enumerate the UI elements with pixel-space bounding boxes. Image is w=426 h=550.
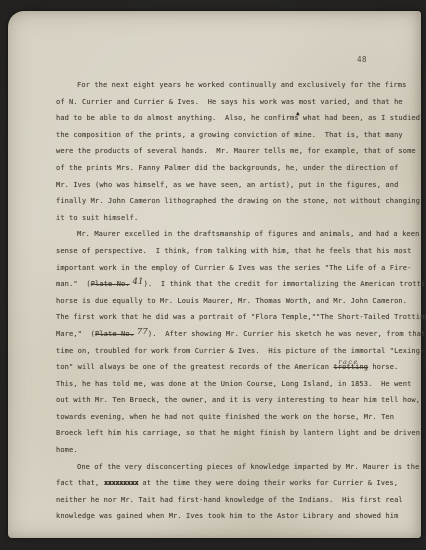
typed-line: had to be able to do almost anything. Al… bbox=[56, 110, 420, 127]
typed-segment: Mare," ( bbox=[56, 330, 95, 338]
typed-segment: horse. bbox=[368, 363, 398, 371]
typed-line: of N. Currier and Currier & Ives. He say… bbox=[56, 94, 420, 111]
typed-line: it to suit himself. bbox=[56, 210, 420, 227]
typed-line: horse is due equally to Mr. Louis Maurer… bbox=[56, 293, 420, 310]
typed-segment: sense of perspective. I think, from talk… bbox=[56, 247, 411, 255]
typed-line: knowledge was gained when Mr. Ives took … bbox=[56, 508, 420, 525]
typed-line: Mr. Ives (who was himself, as we have se… bbox=[56, 177, 420, 194]
typed-line: towards evening, when he had not quite f… bbox=[56, 409, 420, 426]
typed-line: were the products of several hands. Mr. … bbox=[56, 143, 420, 160]
typed-segment: Mr. Maurer excelled in the draftsmanship… bbox=[77, 230, 419, 238]
typed-segment-xover: xxxxxxxxx bbox=[104, 479, 138, 487]
typed-segment: of the prints Mrs. Fanny Palmer did the … bbox=[56, 164, 398, 172]
typed-line: For the next eight years he worked conti… bbox=[56, 77, 420, 94]
typed-line: important work in the employ of Currier … bbox=[56, 260, 420, 277]
typed-line: man." (Plate No. 41). I think that the c… bbox=[56, 276, 420, 293]
typed-segment: had to be able to do almost anything. Al… bbox=[56, 114, 420, 122]
typed-segment: important work in the employ of Currier … bbox=[56, 264, 411, 272]
typed-segment: time on, troubled for work from Currier … bbox=[56, 347, 424, 355]
typed-segment-strike: Plate No. bbox=[91, 280, 130, 288]
typed-segment: finally Mr. John Cameron lithographed th… bbox=[56, 197, 420, 205]
typed-segment: at the time they were doing their works … bbox=[138, 479, 398, 487]
typed-line: sense of perspective. I think, from talk… bbox=[56, 243, 420, 260]
typed-line: One of the very disconcerting pieces of … bbox=[56, 459, 420, 476]
typed-line: home. bbox=[56, 442, 420, 459]
typed-segment-strike: trottingrace bbox=[333, 363, 368, 371]
typed-segment-hand: 77 bbox=[134, 327, 148, 337]
typed-line: Mare," (Plate No. 77). After showing Mr.… bbox=[56, 326, 420, 343]
typed-line: finally Mr. John Cameron lithographed th… bbox=[56, 193, 420, 210]
typed-line: ton" will always be one of the greatest … bbox=[56, 359, 420, 376]
typed-line: fact that, xxxxxxxxx at the time they we… bbox=[56, 475, 420, 492]
typed-segment: towards evening, when he had not quite f… bbox=[56, 413, 394, 421]
typed-segment: For the next eight years he worked conti… bbox=[77, 81, 406, 89]
typed-segment: of N. Currier and Currier & Ives. He say… bbox=[56, 98, 403, 106]
typed-segment: ton" will always be one of the greatest … bbox=[56, 363, 333, 371]
typed-segment: horse is due equally to Mr. Louis Maurer… bbox=[56, 297, 407, 305]
manuscript-page: 48 ▲ For the next eight years he worked … bbox=[8, 11, 421, 538]
typed-segment-hand: 41 bbox=[130, 277, 144, 287]
typed-segment: ). I think that the credit for immortali… bbox=[144, 280, 426, 288]
typed-line: the composition of the prints, a growing… bbox=[56, 127, 420, 144]
typed-segment: knowledge was gained when Mr. Ives took … bbox=[56, 512, 398, 520]
typed-line: Mr. Maurer excelled in the draftsmanship… bbox=[56, 226, 420, 243]
typed-segment: the composition of the prints, a growing… bbox=[56, 131, 403, 139]
typed-segment: out with Mr. Ten Broeck, the owner, and … bbox=[56, 396, 420, 404]
typed-line: out with Mr. Ten Broeck, the owner, and … bbox=[56, 392, 420, 409]
typed-line: The first work that he did was a portrai… bbox=[56, 309, 420, 326]
typed-segment: One of the very disconcerting pieces of … bbox=[77, 463, 419, 471]
typed-segment-strike: Plate No. bbox=[95, 330, 134, 338]
typed-segment: home. bbox=[56, 446, 78, 454]
typed-segment: it to suit himself. bbox=[56, 214, 138, 222]
typed-line: This, he has told me, was done at the Un… bbox=[56, 376, 420, 393]
typed-segment: man." ( bbox=[56, 280, 91, 288]
typed-segment: Broeck left him his carriage, so that he… bbox=[56, 429, 420, 437]
typed-segment: The first work that he did was a portrai… bbox=[56, 313, 426, 321]
typed-line: time on, troubled for work from Currier … bbox=[56, 343, 420, 360]
typed-segment: fact that, bbox=[56, 479, 104, 487]
handwritten-note: race bbox=[338, 354, 358, 371]
typed-segment: neither he nor Mr. Tait had first-hand k… bbox=[56, 496, 403, 504]
typed-segment: Mr. Ives (who was himself, as we have se… bbox=[56, 181, 398, 189]
typed-line: Broeck left him his carriage, so that he… bbox=[56, 425, 420, 442]
typed-segment: were the products of several hands. Mr. … bbox=[56, 147, 416, 155]
typed-line: of the prints Mrs. Fanny Palmer did the … bbox=[56, 160, 420, 177]
typed-segment: This, he has told me, was done at the Un… bbox=[56, 380, 411, 388]
typed-text: For the next eight years he worked conti… bbox=[56, 77, 420, 525]
typed-segment: ). After showing Mr. Currier his sketch … bbox=[148, 330, 425, 338]
page-number: 48 bbox=[357, 55, 367, 64]
typed-line: neither he nor Mr. Tait had first-hand k… bbox=[56, 492, 420, 509]
